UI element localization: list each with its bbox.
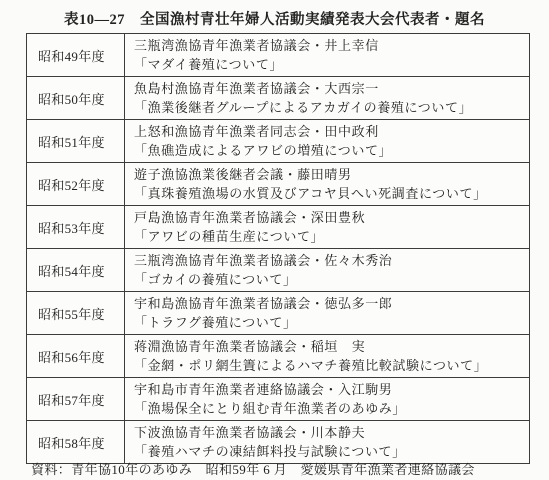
- table-row: 昭和51年度 上怒和漁協青年漁業者同志会・田中政利 「魚礁造成によるアワビの増殖…: [27, 120, 529, 163]
- results-table: 昭和49年度 三瓶湾漁協青年漁業者協議会・井上幸信 「マダイ養殖について」 昭和…: [26, 33, 530, 464]
- organization-representative: 戸島漁協青年漁業者協議会・深田豊秋: [134, 208, 521, 227]
- source-note: 資料：青年協10年のあゆみ 昭和59年 6 月 愛媛県青年漁業者連絡協議会: [31, 459, 475, 478]
- year-cell: 昭和58年度: [27, 421, 125, 463]
- year-cell: 昭和55年度: [27, 292, 125, 334]
- table-row: 昭和54年度 三瓶湾漁協青年漁業者協議会・佐々木秀治 「ゴカイの養殖について」: [27, 249, 529, 292]
- content-cell: 宇和島漁協青年漁業者協議会・徳弘多一郎 「トラフグ養殖について」: [125, 292, 529, 334]
- organization-representative: 三瓶湾漁協青年漁業者協議会・井上幸信: [134, 36, 521, 55]
- table-row: 昭和58年度 下波漁協青年漁業者協議会・川本静夫 「養殖ハマチの凍結餌料投与試験…: [27, 421, 529, 463]
- content-cell: 三瓶湾漁協青年漁業者協議会・佐々木秀治 「ゴカイの養殖について」: [125, 249, 529, 291]
- organization-representative: 下波漁協青年漁業者協議会・川本静夫: [134, 423, 521, 442]
- presentation-title: 「金網・ポリ網生簀によるハマチ養殖比較試験について」: [134, 356, 521, 375]
- table-row: 昭和50年度 魚島村漁協青年漁業者協議会・大西宗一 「漁業後継者グループによるア…: [27, 77, 529, 120]
- table-row: 昭和57年度 宇和島市青年漁業者連絡協議会・入江駒男 「漁場保全にとり組む青年漁…: [27, 378, 529, 421]
- organization-representative: 魚島村漁協青年漁業者協議会・大西宗一: [134, 79, 521, 98]
- year-cell: 昭和53年度: [27, 206, 125, 248]
- table-row: 昭和49年度 三瓶湾漁協青年漁業者協議会・井上幸信 「マダイ養殖について」: [27, 34, 529, 77]
- organization-representative: 三瓶湾漁協青年漁業者協議会・佐々木秀治: [134, 251, 521, 270]
- presentation-title: 「漁業後継者グループによるアカガイの養殖について」: [134, 98, 521, 117]
- content-cell: 三瓶湾漁協青年漁業者協議会・井上幸信 「マダイ養殖について」: [125, 34, 529, 76]
- presentation-title: 「魚礁造成によるアワビの増殖について」: [134, 141, 521, 160]
- presentation-title: 「マダイ養殖について」: [134, 55, 521, 74]
- organization-representative: 宇和島漁協青年漁業者協議会・徳弘多一郎: [134, 294, 521, 313]
- year-cell: 昭和49年度: [27, 34, 125, 76]
- content-cell: 上怒和漁協青年漁業者同志会・田中政利 「魚礁造成によるアワビの増殖について」: [125, 120, 529, 162]
- organization-representative: 宇和島市青年漁業者連絡協議会・入江駒男: [134, 380, 521, 399]
- table-row: 昭和53年度 戸島漁協青年漁業者協議会・深田豊秋 「アワビの種苗生産について」: [27, 206, 529, 249]
- content-cell: 魚島村漁協青年漁業者協議会・大西宗一 「漁業後継者グループによるアカガイの養殖に…: [125, 77, 529, 119]
- year-cell: 昭和54年度: [27, 249, 125, 291]
- table-row: 昭和52年度 遊子漁協漁業後継者会議・藤田晴男 「真珠養殖漁場の水質及びアコヤ貝…: [27, 163, 529, 206]
- organization-representative: 蒋淵漁協青年漁業者協議会・稲垣 実: [134, 337, 521, 356]
- year-cell: 昭和57年度: [27, 378, 125, 420]
- presentation-title: 「ゴカイの養殖について」: [134, 270, 521, 289]
- presentation-title: 「トラフグ養殖について」: [134, 313, 521, 332]
- year-cell: 昭和50年度: [27, 77, 125, 119]
- year-cell: 昭和51年度: [27, 120, 125, 162]
- content-cell: 下波漁協青年漁業者協議会・川本静夫 「養殖ハマチの凍結餌料投与試験について」: [125, 421, 529, 463]
- presentation-title: 「真珠養殖漁場の水質及びアコヤ貝へい死調査について」: [134, 184, 521, 203]
- content-cell: 蒋淵漁協青年漁業者協議会・稲垣 実 「金網・ポリ網生簀によるハマチ養殖比較試験に…: [125, 335, 529, 377]
- year-cell: 昭和52年度: [27, 163, 125, 205]
- organization-representative: 上怒和漁協青年漁業者同志会・田中政利: [134, 122, 521, 141]
- content-cell: 宇和島市青年漁業者連絡協議会・入江駒男 「漁場保全にとり組む青年漁業者のあゆみ」: [125, 378, 529, 420]
- content-cell: 遊子漁協漁業後継者会議・藤田晴男 「真珠養殖漁場の水質及びアコヤ貝へい死調査につ…: [125, 163, 529, 205]
- table-row: 昭和55年度 宇和島漁協青年漁業者協議会・徳弘多一郎 「トラフグ養殖について」: [27, 292, 529, 335]
- year-cell: 昭和56年度: [27, 335, 125, 377]
- organization-representative: 遊子漁協漁業後継者会議・藤田晴男: [134, 165, 521, 184]
- presentation-title: 「アワビの種苗生産について」: [134, 227, 521, 246]
- page-title: 表10—27 全国漁村青壮年婦人活動実績発表大会代表者・題名: [0, 0, 549, 29]
- content-cell: 戸島漁協青年漁業者協議会・深田豊秋 「アワビの種苗生産について」: [125, 206, 529, 248]
- presentation-title: 「漁場保全にとり組む青年漁業者のあゆみ」: [134, 399, 521, 418]
- table-row: 昭和56年度 蒋淵漁協青年漁業者協議会・稲垣 実 「金網・ポリ網生簀によるハマチ…: [27, 335, 529, 378]
